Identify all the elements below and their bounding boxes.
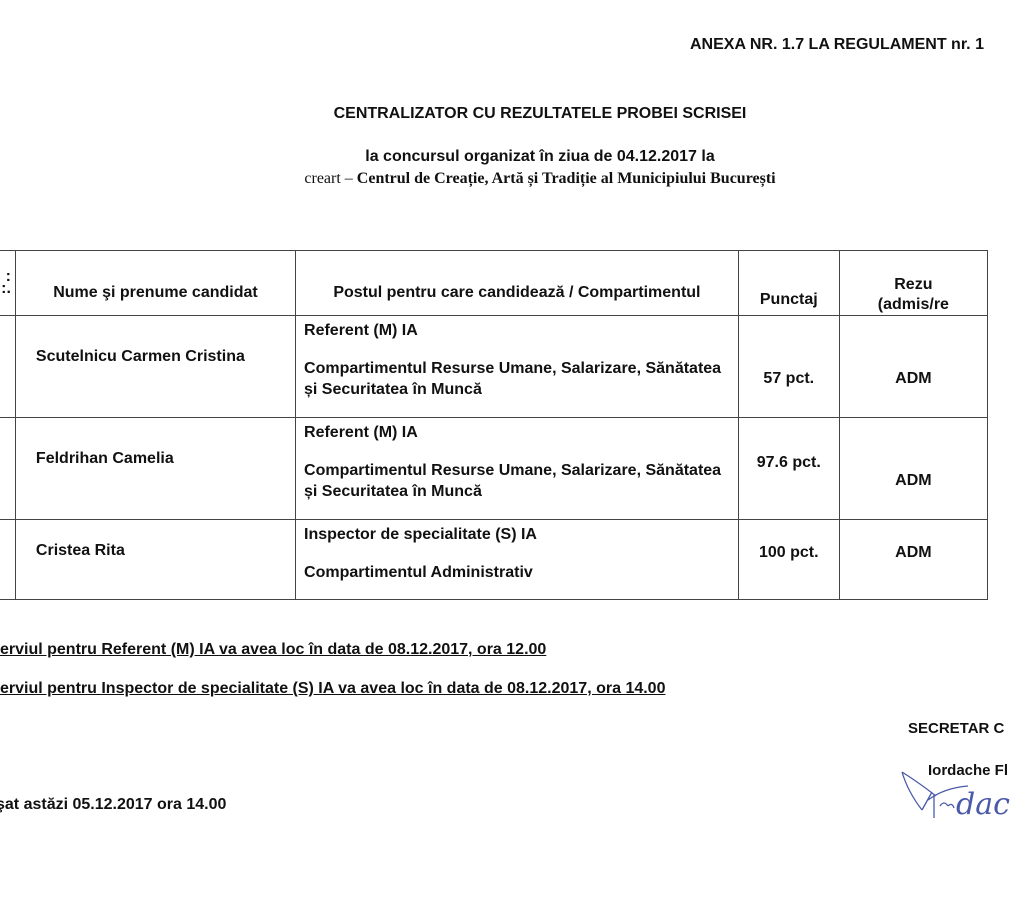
posted-date: şat astăzi 05.12.2017 ora 14.00	[0, 796, 226, 814]
post-title: Referent (M) IA	[304, 422, 738, 443]
document-title: CENTRALIZATOR CU REZULTATELE PROBEI SCRI…	[0, 105, 1024, 123]
post-title: Referent (M) IA	[304, 320, 738, 341]
post-cell: Referent (M) IA Compartimentul Resurse U…	[296, 418, 739, 520]
post-title: Inspector de specialitate (S) IA	[304, 524, 738, 545]
table-header-row: ::. Nume şi prenume candidat Postul pent…	[0, 251, 988, 316]
institution-name: Centrul de Creație, Artă și Tradiție al …	[357, 170, 776, 187]
institution-prefix: creart –	[304, 170, 356, 187]
post-cell: Inspector de specialitate (S) IA Compart…	[296, 520, 739, 600]
row-number-cell	[0, 520, 15, 600]
candidate-name: Scutelnicu Carmen Cristina	[15, 316, 295, 418]
department-line2: și Securitatea în Muncă	[304, 481, 738, 502]
department-line2: și Securitatea în Muncă	[304, 379, 738, 400]
candidate-name: Cristea Rita	[15, 520, 295, 600]
signature-icon: dac	[898, 752, 1024, 822]
post-cell: Referent (M) IA Compartimentul Resurse U…	[296, 316, 739, 418]
table-row: Feldrihan Camelia Referent (M) IA Compar…	[0, 418, 988, 520]
department-line1: Compartimentul Administrativ	[304, 562, 738, 583]
institution-line: creart – Centrul de Creație, Artă și Tra…	[0, 170, 1024, 188]
secretary-title: SECRETAR C	[908, 720, 1004, 737]
column-header-result: Rezu (admis/re	[839, 251, 987, 316]
column-header-nr: ::.	[0, 251, 15, 316]
department-line1: Compartimentul Resurse Umane, Salarizare…	[304, 358, 738, 379]
result-cell: ADM	[839, 418, 987, 520]
score-cell: 97.6 pct.	[738, 418, 839, 520]
result-header-line2: (admis/re	[878, 296, 949, 313]
annex-reference: ANEXA NR. 1.7 LA REGULAMENT nr. 1	[690, 36, 984, 54]
row-number-cell	[0, 418, 15, 520]
interview-note-referent: erviul pentru Referent (M) IA va avea lo…	[0, 641, 546, 659]
column-header-name: Nume şi prenume candidat	[15, 251, 295, 316]
contest-date-line: la concursul organizat în ziua de 04.12.…	[0, 148, 1024, 166]
candidate-name: Feldrihan Camelia	[15, 418, 295, 520]
result-cell: ADM	[839, 520, 987, 600]
score-cell: 57 pct.	[738, 316, 839, 418]
department-line1: Compartimentul Resurse Umane, Salarizare…	[304, 460, 738, 481]
column-header-post: Postul pentru care candidează / Comparti…	[296, 251, 739, 316]
result-cell: ADM	[839, 316, 987, 418]
interview-note-inspector: erviul pentru Inspector de specialitate …	[0, 680, 665, 698]
svg-text:dac: dac	[956, 787, 1010, 822]
result-header-line1: Rezu	[894, 276, 932, 293]
table-row: Cristea Rita Inspector de specialitate (…	[0, 520, 988, 600]
row-number-cell	[0, 316, 15, 418]
score-cell: 100 pct.	[738, 520, 839, 600]
column-header-score: Punctaj	[738, 251, 839, 316]
results-table: ::. Nume şi prenume candidat Postul pent…	[0, 250, 988, 600]
table-row: Scutelnicu Carmen Cristina Referent (M) …	[0, 316, 988, 418]
